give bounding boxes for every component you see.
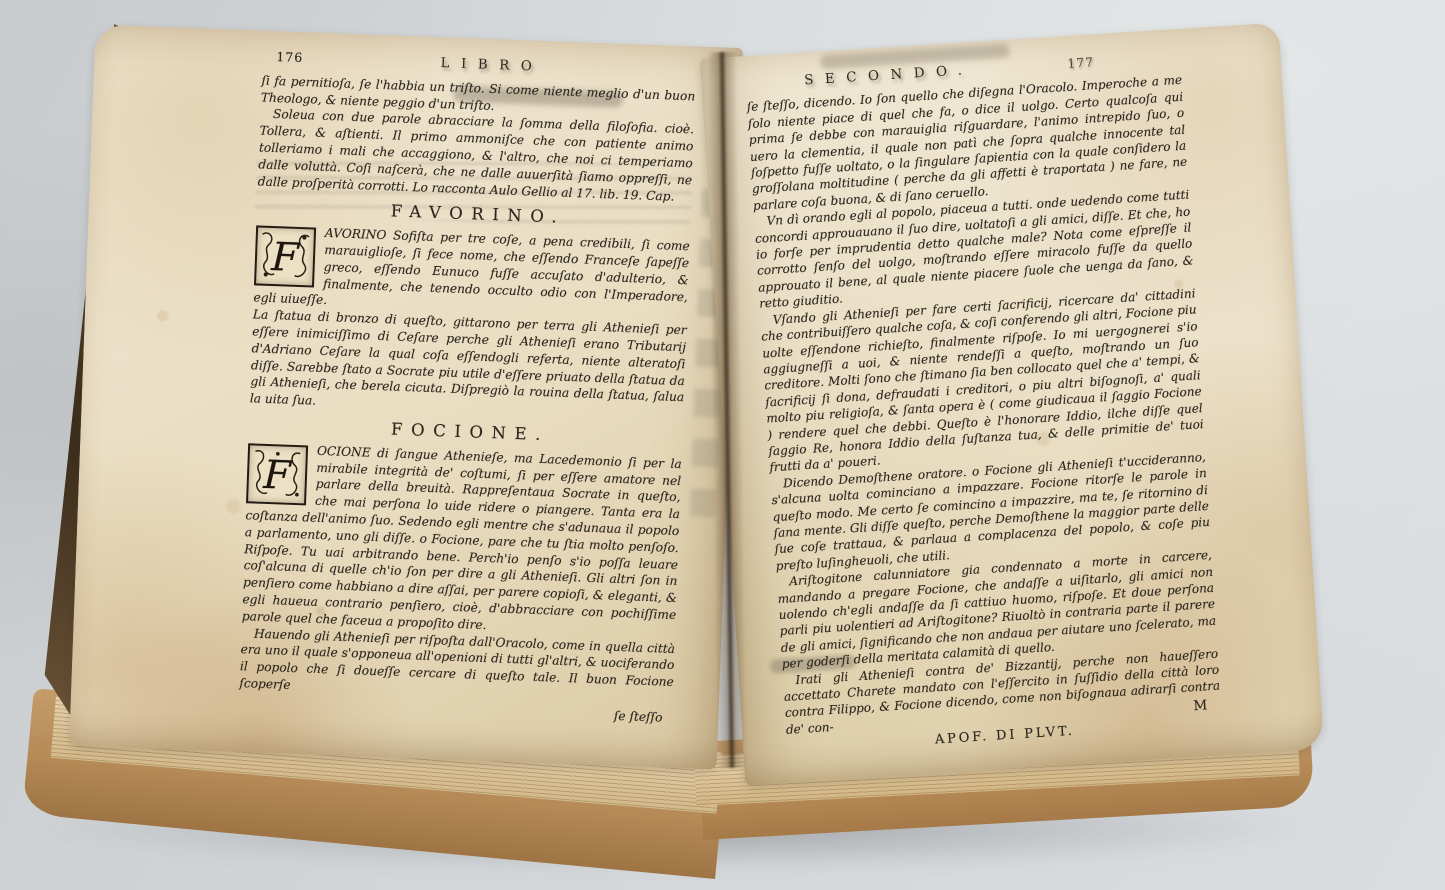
drop-cap-ornament: F	[248, 445, 306, 503]
body-paragraph: Soleua con due parole abracciare la ſomm…	[257, 106, 694, 206]
head-spacer	[746, 86, 786, 89]
head-spacer	[626, 74, 696, 77]
section-focione: FOCIONE. F OCIONE di ſangue Athenieſe, m…	[239, 416, 683, 707]
left-running-head: LIBRO	[346, 52, 626, 79]
footer-title: APOF. DI PLVT.	[935, 724, 1076, 748]
right-page: SECONDO. 177 ſe ſteſſo, dicendo. Io ſon …	[700, 23, 1325, 786]
section-favorino: FAVORINO. F AVORINO Sofiſta per tre coſe…	[250, 199, 691, 423]
drop-cap-letter: F	[262, 453, 294, 499]
left-page-number: 176	[262, 49, 347, 69]
drop-cap-ornament: F	[256, 228, 314, 286]
drop-cap-focione: F	[246, 443, 308, 505]
body-paragraph: AVORINO Sofiſta per tre coſe, a pena cre…	[253, 223, 690, 323]
body-paragraph: OCIONE di ſangue Athenieſe, ma Lacedemon…	[242, 440, 682, 641]
book-photo: 176 LIBRO ſi fa pernitioſa, ſe l'habbia …	[0, 0, 1445, 890]
left-page-text-column: 176 LIBRO ſi fa pernitioſa, ſe l'habbia …	[238, 49, 696, 727]
drop-cap-letter: F	[270, 235, 302, 281]
signature-mark: M	[1193, 698, 1208, 715]
body-paragraph: La ſtatua di bronzo di queſto, gittarono…	[250, 306, 687, 423]
body-paragraph: Vſando gli Athenieſi per fare certi ſacr…	[760, 285, 1205, 476]
left-page: 176 LIBRO ſi fa pernitioſa, ſe l'habbia …	[69, 24, 743, 769]
drop-cap-favorino: F	[254, 226, 316, 288]
right-page-text-column: SECONDO. 177 ſe ſteſſo, dicendo. Io ſon …	[745, 49, 1223, 759]
